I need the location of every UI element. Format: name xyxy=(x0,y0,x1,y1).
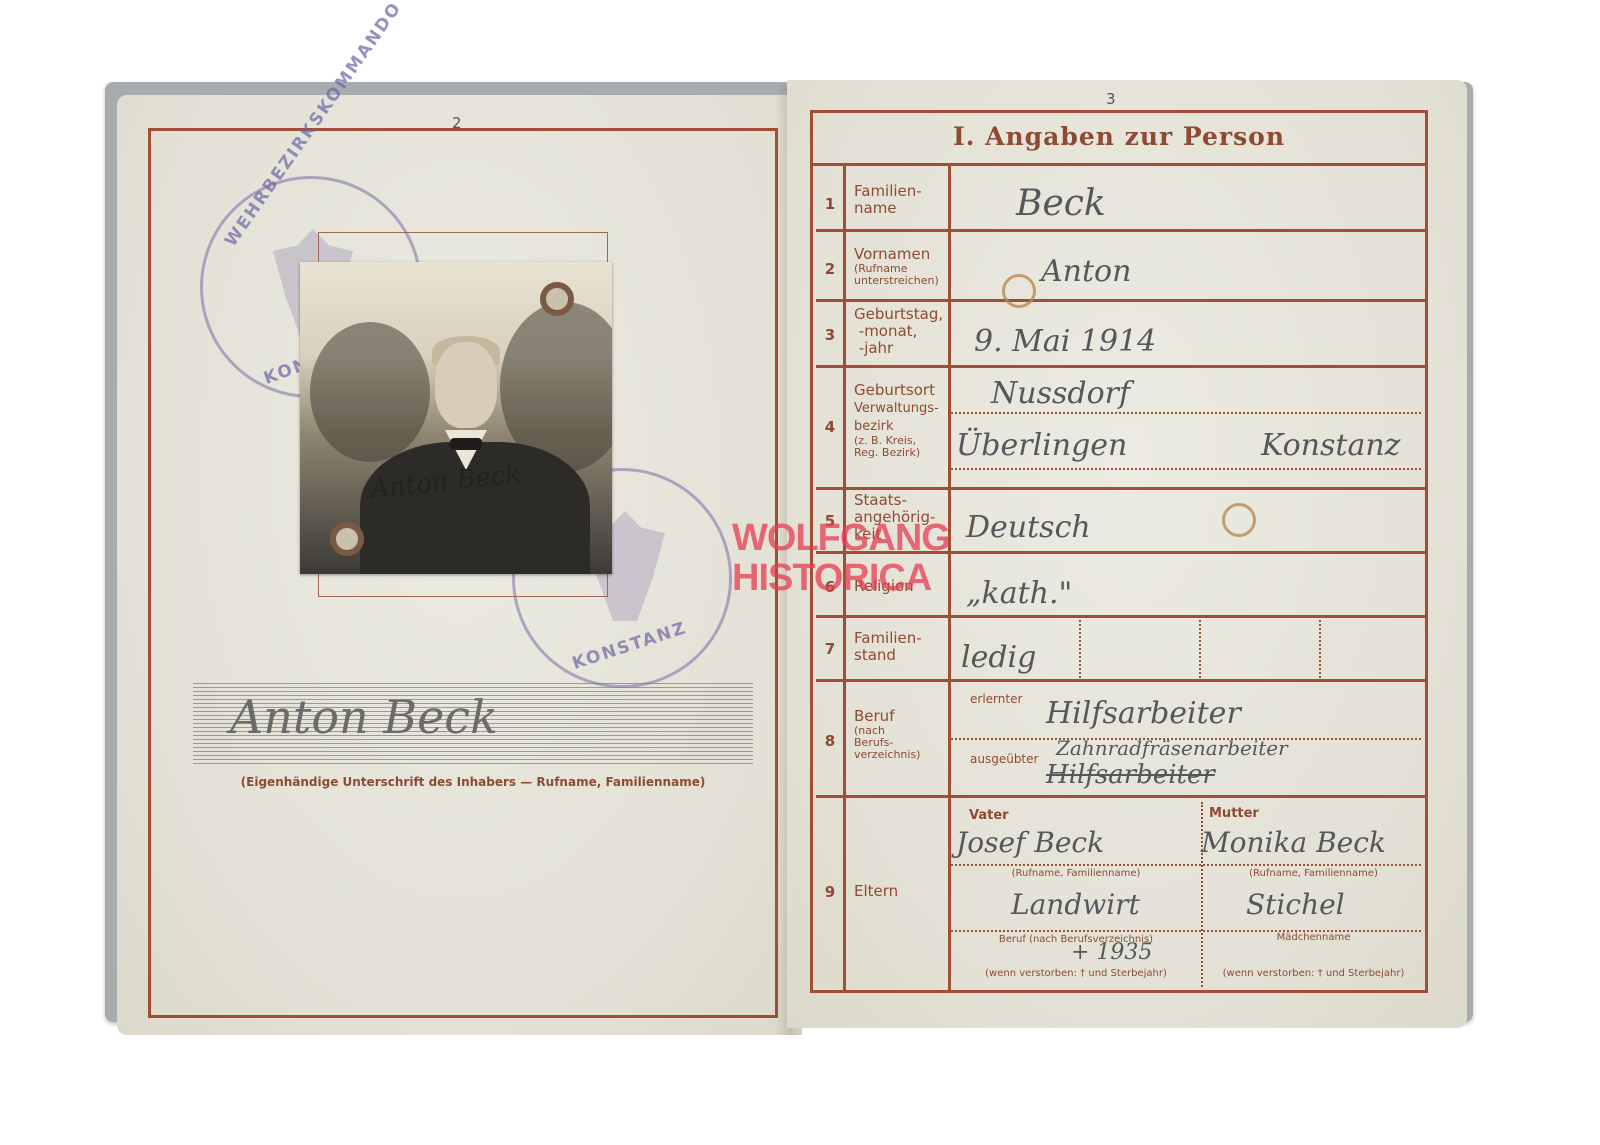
rust-stain xyxy=(1002,274,1036,308)
value-geburtsort: Nussdorf xyxy=(991,376,1130,411)
value-mutter-maedchenname: Stichel xyxy=(1246,888,1345,921)
signature-caption: (Eigenhändige Unterschrift des Inhabers … xyxy=(193,775,753,789)
eyelet-icon xyxy=(540,282,574,316)
watermark: WOLFGANG HISTORICA xyxy=(732,518,950,598)
section-header: I. Angaben zur Person xyxy=(813,112,1425,166)
value-vater-name: Josef Beck xyxy=(956,826,1104,859)
row-familienname: 1 Familien-name Beck xyxy=(816,165,1425,232)
portrait-photo: Anton Beck xyxy=(300,262,612,574)
section-title: I. Angaben zur Person xyxy=(813,122,1425,151)
value-kreis: Konstanz xyxy=(1261,428,1400,463)
row-vornamen: 2 Vornamen (Rufname unterstreichen) Anto… xyxy=(816,232,1425,302)
page-number-right: 3 xyxy=(1106,90,1116,108)
value-ausgeuebter-beruf: Hilfsarbeiter xyxy=(1046,760,1215,790)
value-vater-sterbejahr: + 1935 xyxy=(1071,940,1152,965)
value-familienstand: ledig xyxy=(961,640,1036,675)
value-staatsangehoerigkeit: Deutsch xyxy=(966,510,1091,545)
row-eltern: 9 Eltern Vater Josef Beck (Rufname, Fami… xyxy=(816,798,1425,991)
value-vornamen: Anton xyxy=(1041,254,1131,289)
row-beruf: 8 Beruf (nach Berufs- verzeichnis) erler… xyxy=(816,682,1425,798)
value-verwaltungsbezirk: Überlingen xyxy=(956,428,1127,463)
value-ausgeuebter-beruf-korrektur: Zahnradfräsenarbeiter xyxy=(1056,736,1288,760)
holder-signature: Anton Beck xyxy=(230,690,498,744)
eyelet-icon xyxy=(330,522,364,556)
row-geburtsort: 4 Geburtsort Verwaltungs- bezirk (z. B. … xyxy=(816,368,1425,490)
value-geburtsdatum: 9. Mai 1914 xyxy=(974,324,1156,359)
row-geburtsdatum: 3 Geburtstag, -monat, -jahr 9. Mai 1914 xyxy=(816,302,1425,368)
value-familienname: Beck xyxy=(1016,183,1106,224)
value-vater-beruf: Landwirt xyxy=(1011,888,1140,921)
stamp-location: KONSTANZ xyxy=(570,618,690,674)
rust-stain xyxy=(1222,503,1256,537)
value-religion: „kath." xyxy=(966,576,1072,611)
value-mutter-name: Monika Beck xyxy=(1201,826,1386,859)
row-familienstand: 7 Familien-stand ledig xyxy=(816,618,1425,682)
value-erlernter-beruf: Hilfsarbeiter xyxy=(1046,696,1241,731)
